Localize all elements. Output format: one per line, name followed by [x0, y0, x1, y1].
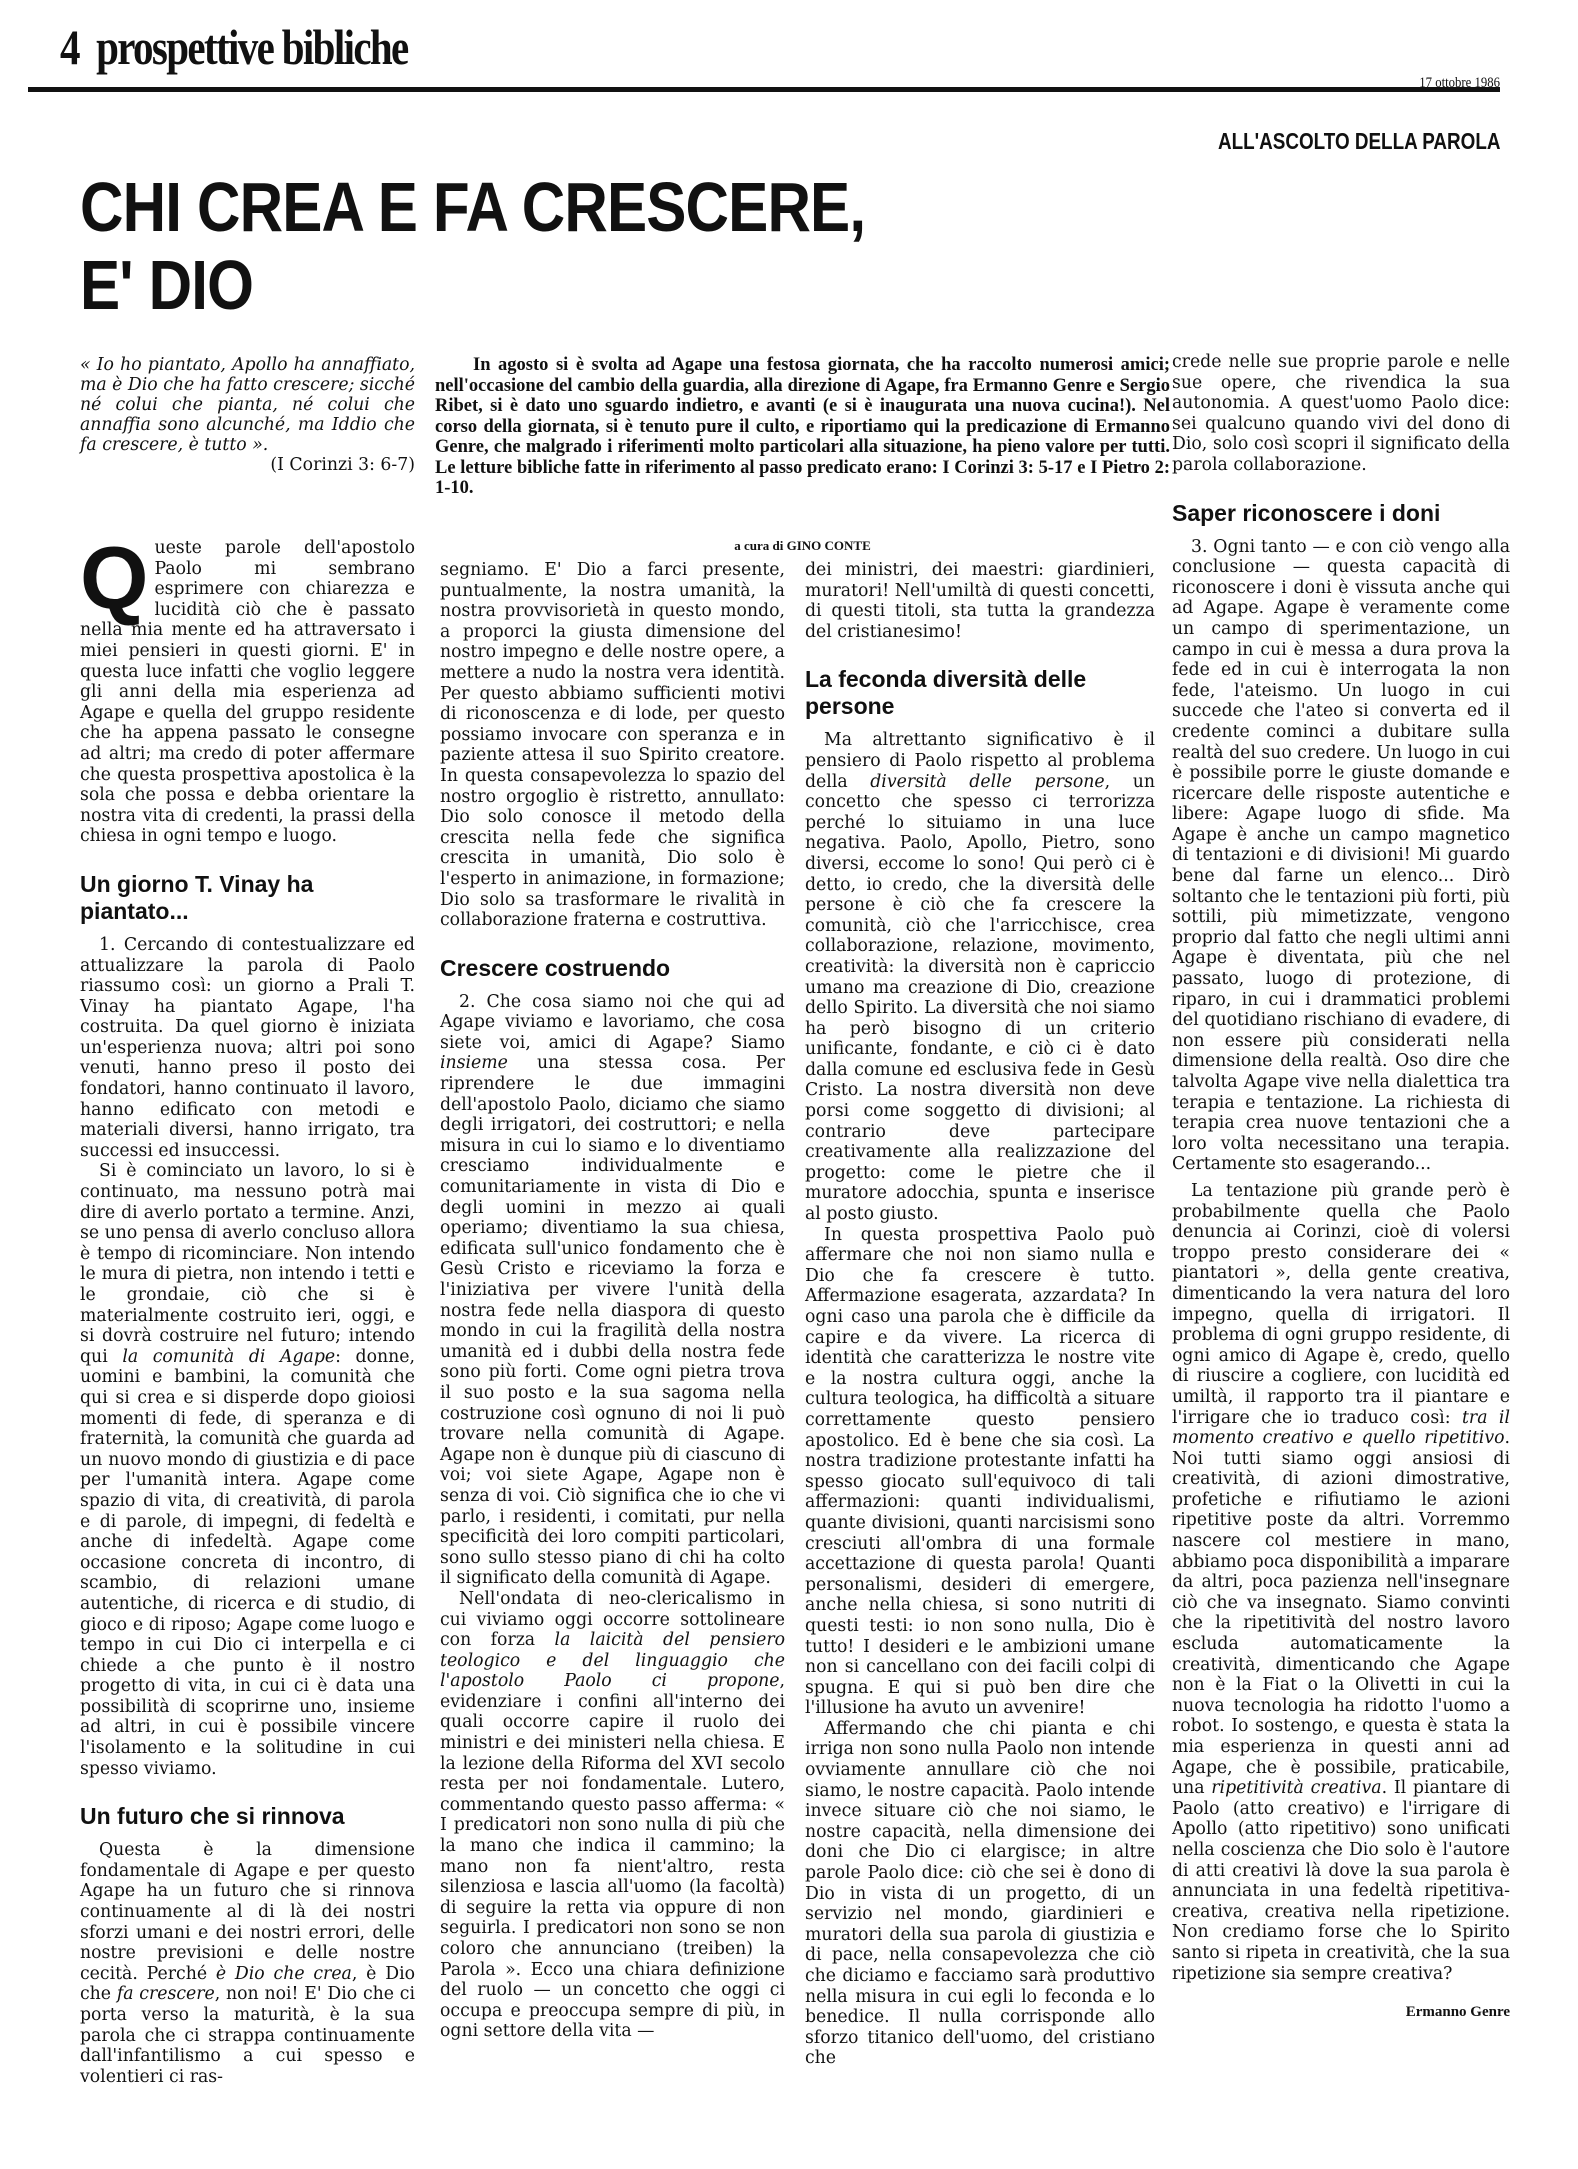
epigraph-reference: (I Corinzi 3: 6-7) [80, 455, 415, 475]
paragraph: crede nelle sue proprie parole e nelle s… [1172, 352, 1510, 476]
kicker: ALL'ASCOLTO DELLA PAROLA [1218, 128, 1500, 155]
column-3: dei ministri, dei maestri: giardinieri, … [805, 560, 1155, 2069]
headline: CHI CREA E FA CRESCERE, E' DIO [80, 168, 865, 324]
page-number: 4 [60, 19, 79, 75]
paragraph: Ma altrettanto significativo è il pensie… [805, 730, 1155, 1224]
paragraph: 3. Ogni tanto — e con ciò vengo alla con… [1172, 537, 1510, 1175]
subheading-crescere: Crescere costruendo [440, 955, 785, 982]
author-signature: Ermanno Genre [1172, 2002, 1510, 2023]
column-1: Queste parole dell'apostolo Paolo mi sem… [80, 538, 415, 2087]
headline-line-1: CHI CREA E FA CRESCERE, [80, 168, 865, 246]
epigraph-quote: « Io ho piantato, Apollo ha annaffiato, … [80, 355, 415, 455]
intro-paragraph: In agosto si è svolta ad Agape una festo… [435, 355, 1170, 499]
paragraph: Affermando che chi pianta e chi irriga n… [805, 1719, 1155, 2069]
epigraph: « Io ho piantato, Apollo ha annaffiato, … [80, 355, 415, 475]
paragraph: La tentazione più grande però è probabil… [1172, 1181, 1510, 1984]
paragraph: 2. Che cosa siamo noi che qui ad Agape v… [440, 992, 785, 1589]
paragraph: segniamo. E' Dio a farci presente, puntu… [440, 560, 785, 931]
byline: a cura di GINO CONTE [435, 538, 1170, 554]
intro-text: In agosto si è svolta ad Agape una festo… [435, 355, 1170, 499]
paragraph: Nell'ondata di neo-clericalismo in cui v… [440, 1589, 785, 2042]
column-2: segniamo. E' Dio a farci presente, puntu… [440, 560, 785, 2042]
subheading-vinay: Un giorno T. Vinay ha piantato... [80, 871, 415, 925]
headline-line-2: E' DIO [80, 246, 865, 324]
paragraph: In questa prospettiva Paolo può affermar… [805, 1225, 1155, 1719]
masthead-rule [28, 87, 1500, 92]
paragraph: dei ministri, dei maestri: giardinieri, … [805, 560, 1155, 642]
column-4: crede nelle sue proprie parole e nelle s… [1172, 352, 1510, 2023]
subheading-futuro: Un futuro che si rinnova [80, 1803, 415, 1830]
paragraph: 1. Cercando di contestualizzare ed attua… [80, 935, 415, 1162]
section-name: prospettive bibliche [96, 19, 408, 75]
paragraph: Questa è la dimensione fondamentale di A… [80, 1840, 415, 2087]
paragraph: Si è cominciato un lavoro, lo si è conti… [80, 1161, 415, 1779]
section-title: 4 prospettive bibliche [60, 18, 408, 76]
drop-cap: Q [80, 542, 148, 614]
subheading-diversita: La feconda diversità delle persone [805, 666, 1155, 720]
subheading-doni: Saper riconoscere i doni [1172, 500, 1510, 527]
opening-paragraph: Queste parole dell'apostolo Paolo mi sem… [80, 538, 415, 847]
